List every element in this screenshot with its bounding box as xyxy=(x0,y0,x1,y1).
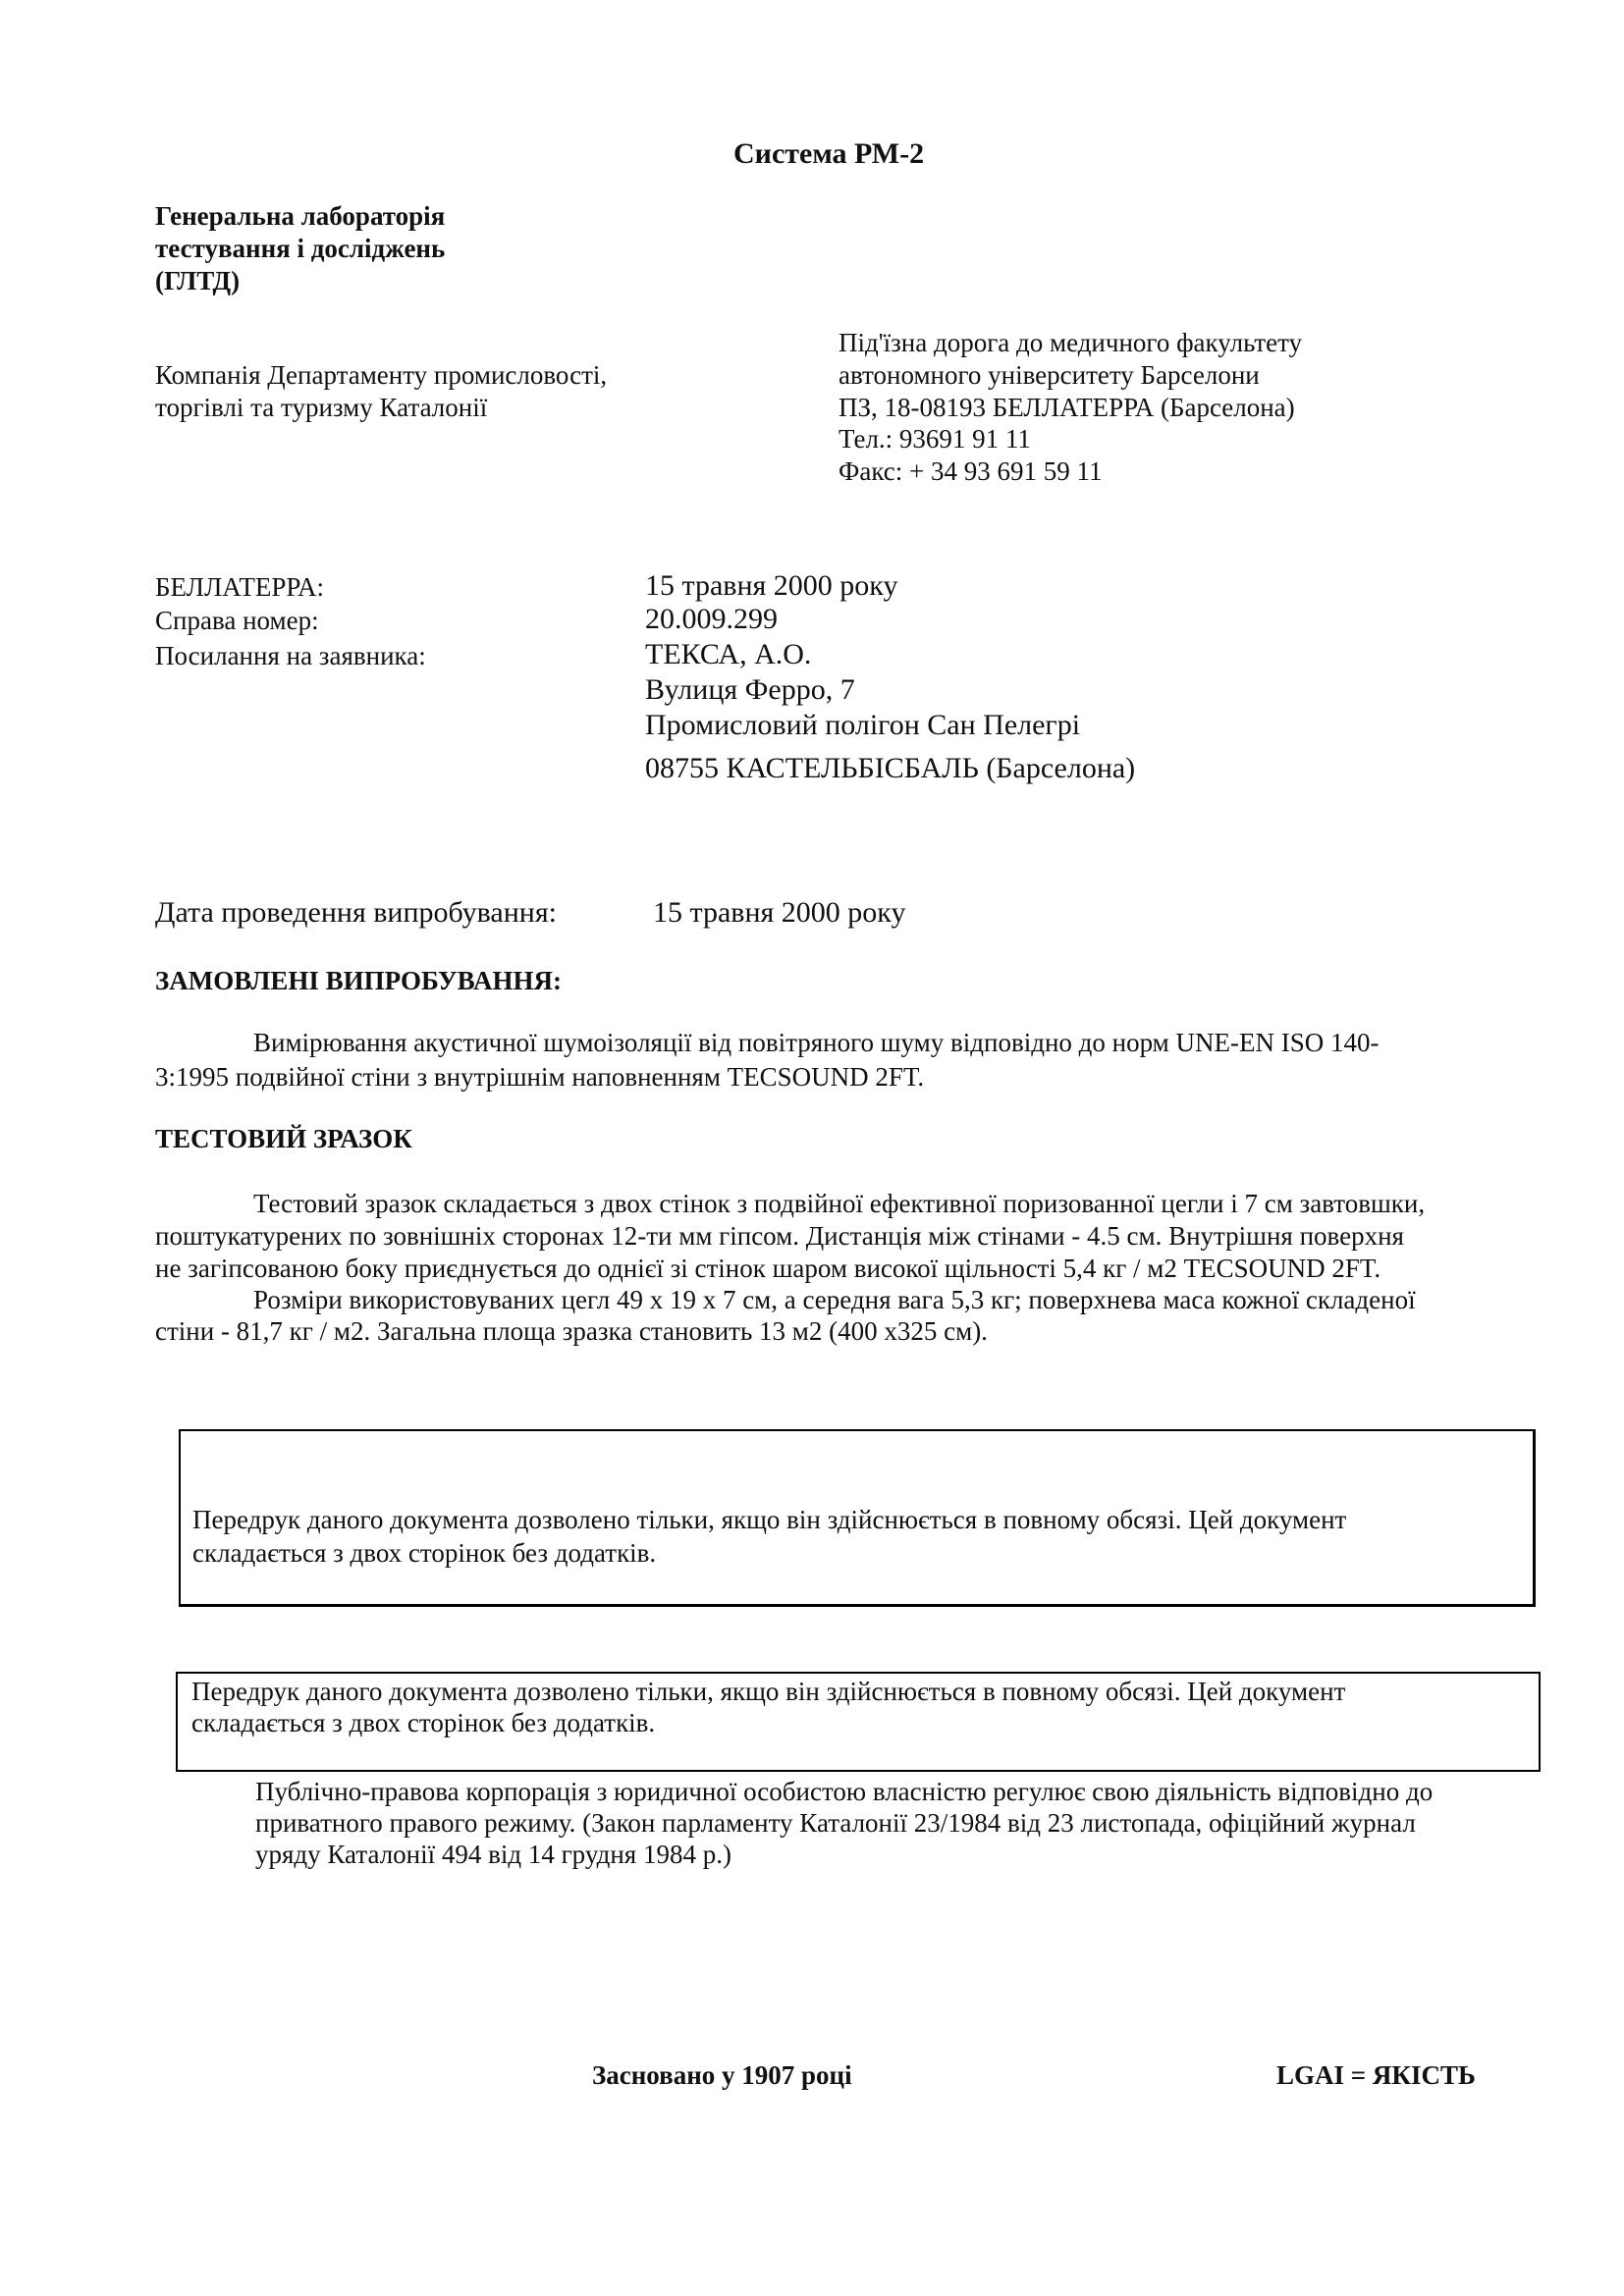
test-date-label: Дата проведення випробування: xyxy=(155,895,557,931)
address-line: Під'їзна дорога до медичного факультету xyxy=(839,327,1302,359)
meta-value-date: 15 травня 2000 року xyxy=(645,568,897,604)
applicant-city: 08755 КАСТЕЛЬБІСБАЛЬ (Барселона) xyxy=(645,751,1135,786)
org-name-line-1: Генеральна лабораторія xyxy=(155,200,445,233)
footer-motto: LGAI = ЯКІСТЬ xyxy=(1276,2060,1476,2091)
test-sample-line-4: Розміри використовуваних цегл 49 x 19 x … xyxy=(253,1284,1416,1316)
ordered-tests-heading: ЗАМОВЛЕНІ ВИПРОБУВАННЯ: xyxy=(155,965,562,997)
org-name-line-2: тестування і досліджень xyxy=(155,233,445,265)
legal-note-line-2: приватного правого режиму. (Закон парлам… xyxy=(255,1807,1416,1840)
org-name-line-3: (ГЛТД) xyxy=(155,265,240,297)
meta-value-case-number: 20.009.299 xyxy=(645,602,778,637)
test-sample-line-5: стіни - 81,7 кг / м2. Загальна площа зра… xyxy=(155,1315,988,1348)
applicant-street: Вулиця Ферро, 7 xyxy=(645,672,855,708)
meta-label-place: БЕЛЛАТЕРРА: xyxy=(155,571,324,604)
ordered-tests-line-1: Вимірювання акустичної шумоізоляції від … xyxy=(253,1027,1379,1059)
company-line-1: Компанія Департаменту промисловості, xyxy=(155,359,607,392)
test-sample-line-2: поштукатурених по зовнішніх сторонах 12-… xyxy=(155,1220,1404,1253)
reprint-notice-line-1: Передрук даного документа дозволено тіль… xyxy=(192,1504,1521,1536)
reprint-notice-box-1: Передрук даного документа дозволено тіль… xyxy=(179,1429,1536,1607)
applicant-district: Промисловий полігон Сан Пелегрі xyxy=(645,708,1080,743)
reprint-notice-line-2: складається з двох сторінок без додатків… xyxy=(192,1537,1521,1570)
meta-label-case-number: Справа номер: xyxy=(155,605,319,637)
reprint-notice-box-2: Передрук даного документа дозволено тіль… xyxy=(176,1672,1541,1772)
phone-line: Тел.: 93691 91 11 xyxy=(839,423,1031,455)
footer-founded: Засновано у 1907 році xyxy=(592,2060,852,2091)
document-title: Система РМ-2 xyxy=(733,137,924,171)
meta-label-applicant: Посилання на заявника: xyxy=(155,640,426,672)
company-line-2: торгівлі та туризму Каталонії xyxy=(155,392,487,424)
meta-value-applicant: ТЕКСА, А.О. xyxy=(645,637,811,672)
ordered-tests-line-2: 3:1995 подвійної стіни з внутрішнім напо… xyxy=(155,1061,924,1094)
reprint-notice-line-1: Передрук даного документа дозволено тіль… xyxy=(191,1676,1527,1708)
legal-note-line-3: уряду Каталонії 494 від 14 грудня 1984 р… xyxy=(255,1839,731,1871)
address-line: автономного університету Барселони xyxy=(839,359,1260,392)
fax-line: Факс: + 34 93 691 59 11 xyxy=(839,455,1102,488)
test-sample-line-3: не загіпсованою боку приєднується до одн… xyxy=(155,1253,1380,1285)
address-line: ПЗ, 18-08193 БЕЛЛАТЕРРА (Барселона) xyxy=(839,392,1295,424)
legal-note-line-1: Публічно-правова корпорація з юридичної … xyxy=(255,1776,1433,1808)
test-date-value: 15 травня 2000 року xyxy=(653,895,905,931)
test-sample-line-1: Тестовий зразок складається з двох стіно… xyxy=(253,1188,1425,1220)
test-sample-heading: ТЕСТОВИЙ ЗРАЗОК xyxy=(155,1123,412,1155)
reprint-notice-line-2: складається з двох сторінок без додатків… xyxy=(191,1707,1527,1739)
